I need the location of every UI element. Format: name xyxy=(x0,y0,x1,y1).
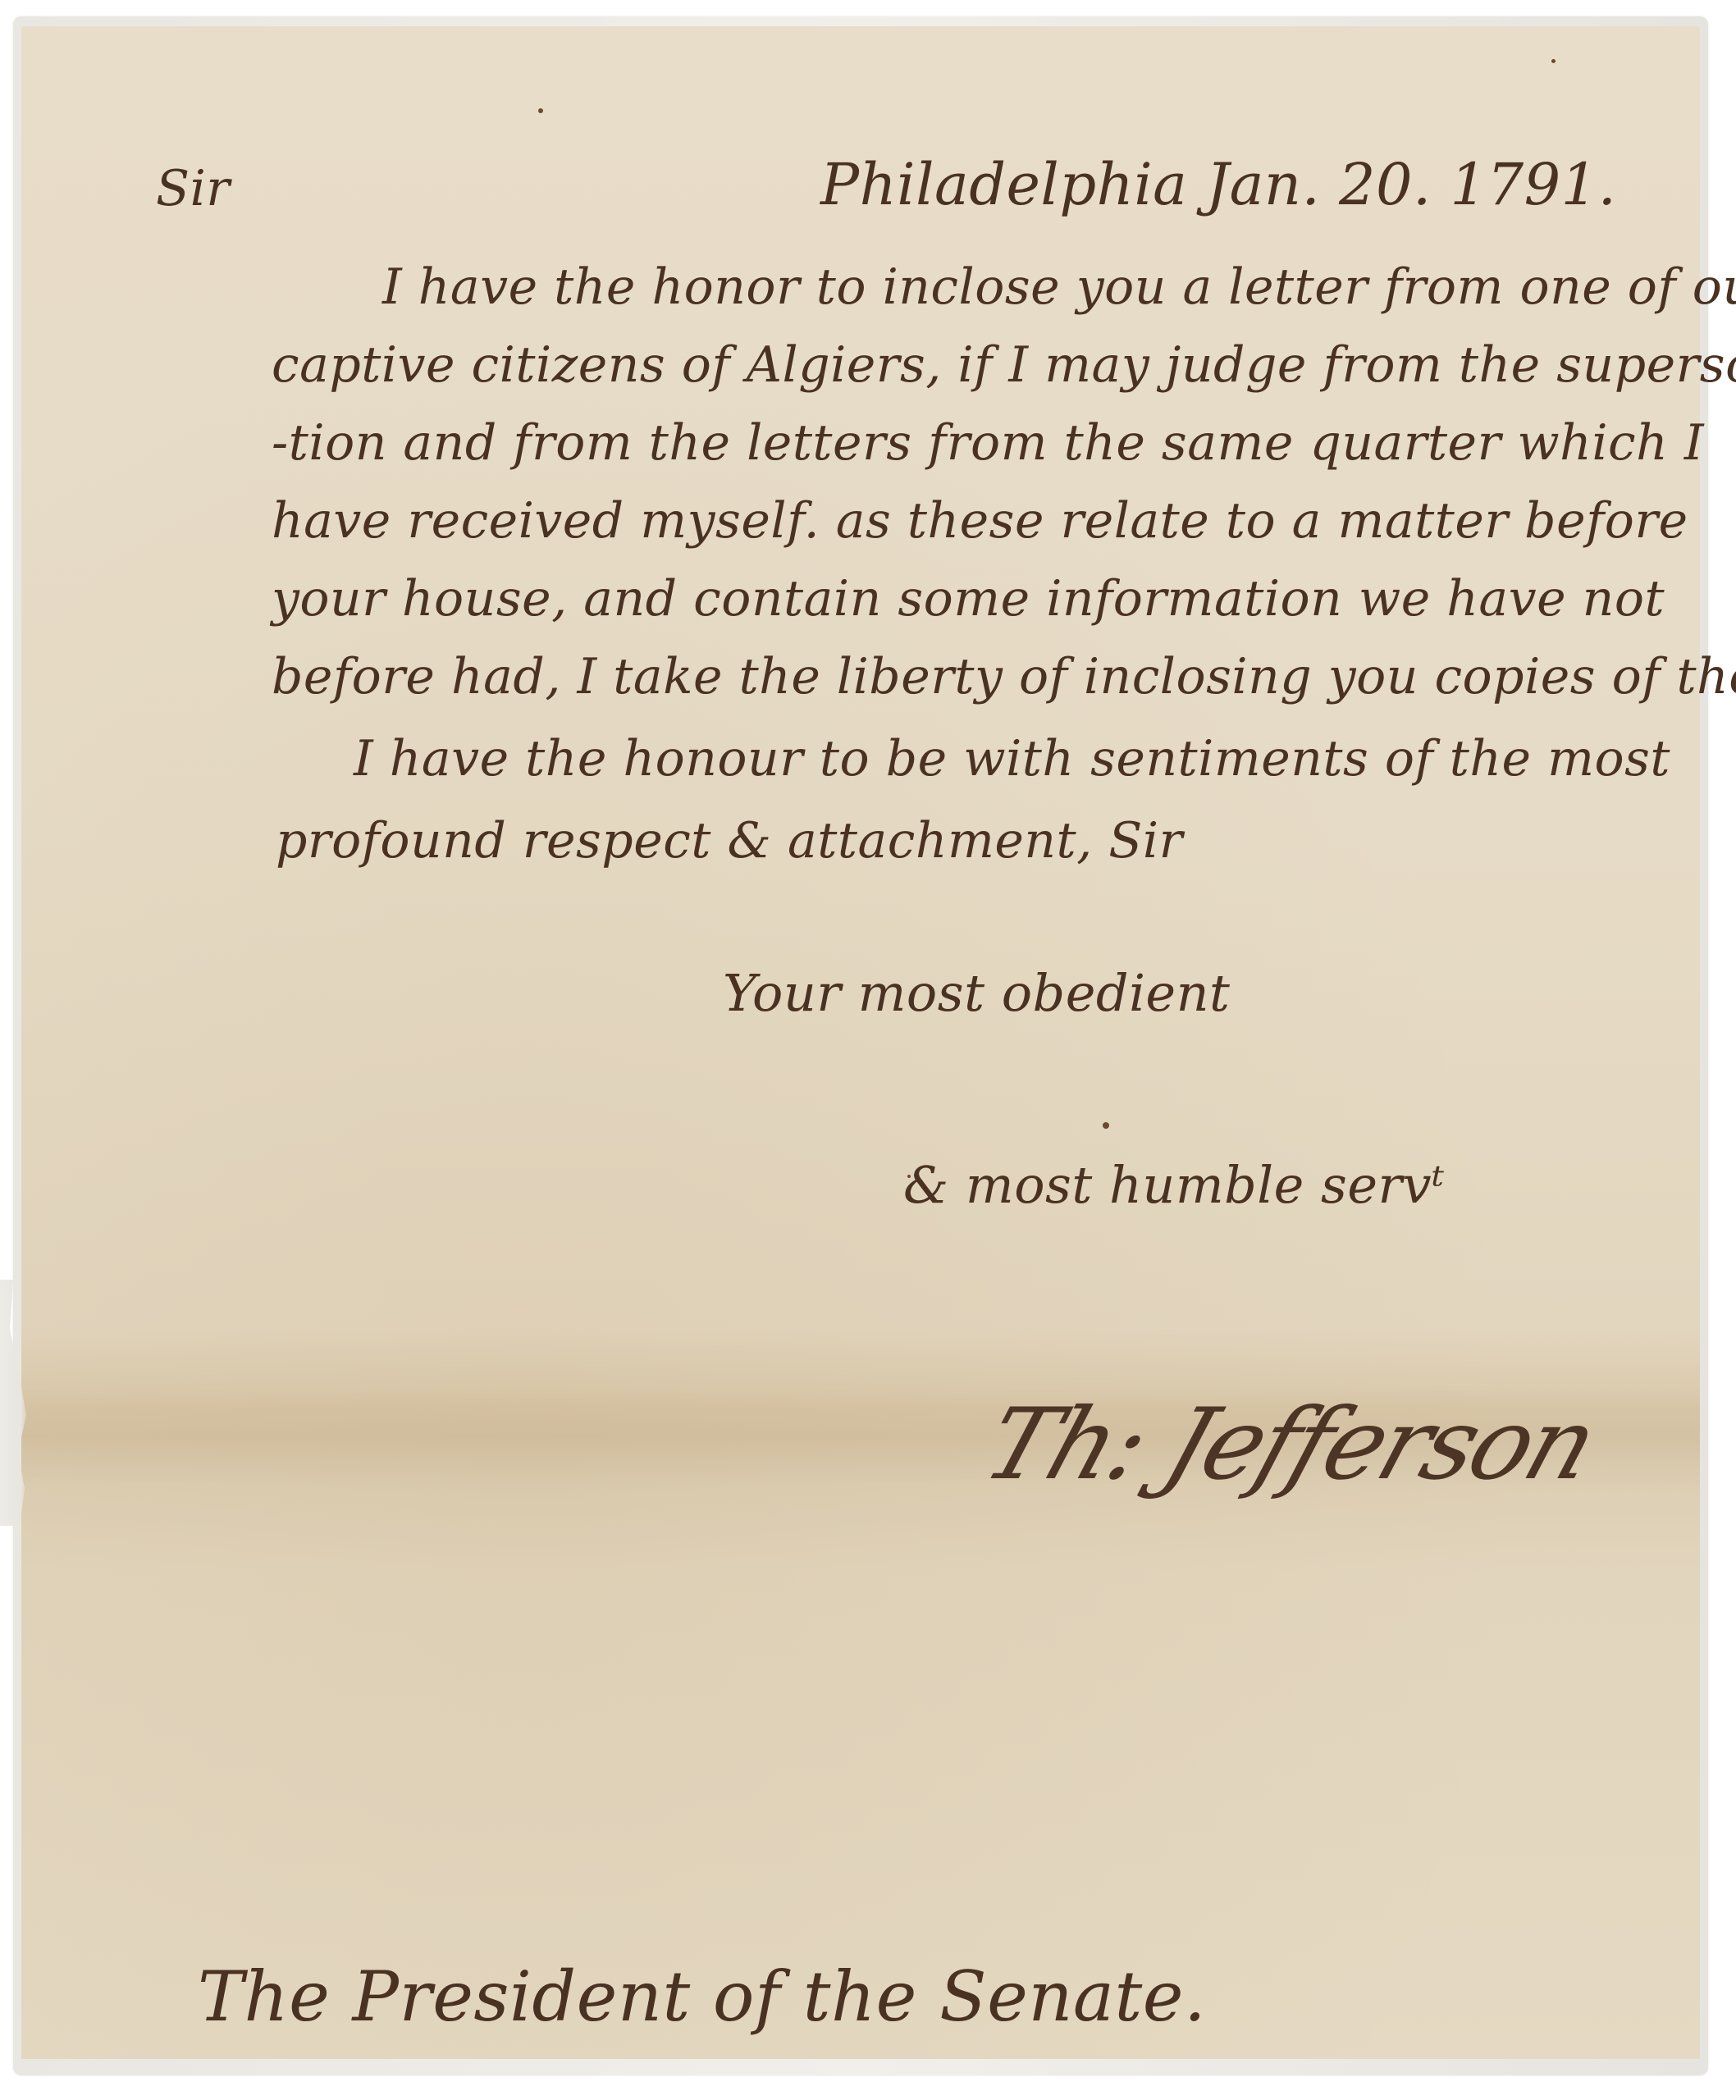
body-line: have received myself. as these relate to… xyxy=(272,496,1688,546)
ink-spot xyxy=(538,108,543,113)
body-line: before had, I take the liberty of inclos… xyxy=(272,652,1736,701)
closing-line: & most humble servᵗ xyxy=(903,1160,1445,1211)
ink-spot xyxy=(907,1175,911,1178)
closing-line: Your most obedient xyxy=(723,968,1230,1019)
signature: Th: Jefferson xyxy=(974,1396,1606,1495)
body-line: your house, and contain some information… xyxy=(272,574,1665,623)
ink-spot xyxy=(1551,59,1556,63)
body-line: captive citizens of Algiers, if I may ju… xyxy=(272,340,1736,390)
salutation: Sir xyxy=(156,164,230,213)
ink-spot xyxy=(1103,1122,1109,1129)
letter-page: Sir Philadelphia Jan. 20. 1791. I have t… xyxy=(21,26,1700,2059)
body-line: profound respect & attachment, Sir xyxy=(276,816,1183,865)
body-line: I have the honor to inclose you a letter… xyxy=(382,262,1736,312)
body-line: -tion and from the letters from the same… xyxy=(272,418,1704,468)
dateline: Philadelphia Jan. 20. 1791. xyxy=(820,156,1616,213)
body-line: I have the honour to be with sentiments … xyxy=(354,734,1670,783)
address-line: The President of the Senate. xyxy=(198,1962,1206,2031)
